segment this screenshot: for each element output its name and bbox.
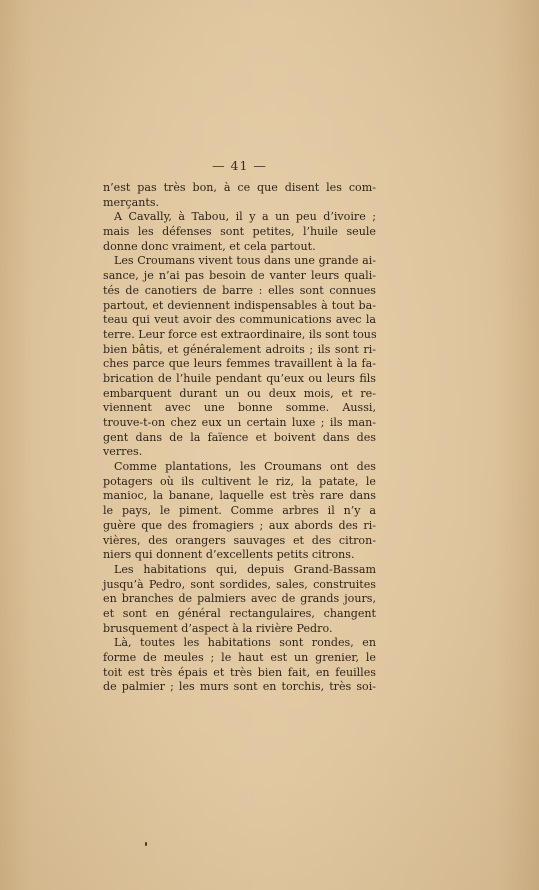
text-line: brusquement d’aspect à la rivière Pedro.: [103, 622, 376, 637]
paragraph-first-line: Les Croumans vivent tous dans une grande…: [103, 254, 376, 269]
page-number: — 41 —: [103, 158, 376, 173]
text-line: et sont en général rectangulaires, chang…: [103, 607, 376, 622]
paragraph-first-line: Là, toutes les habitations sont rondes, …: [103, 636, 376, 651]
text-line: toit est très épais et très bien fait, e…: [103, 666, 376, 681]
text-line: forme de meules ; le haut est un grenier…: [103, 651, 376, 666]
paragraph-first-line: Les habitations qui, depuis Grand-Bassam: [103, 563, 376, 578]
text-line: donne donc vraiment, et cela partout.: [103, 240, 376, 255]
paper-speck: [145, 842, 147, 846]
text-line: trouve-t-on chez eux un certain luxe ; i…: [103, 416, 376, 431]
paragraph-first-line: Comme plantations, les Croumans ont des: [103, 460, 376, 475]
text-line: verres.: [103, 445, 376, 460]
text-line: le pays, le piment. Comme arbres il n’y …: [103, 504, 376, 519]
text-line: teau qui veut avoir des communications a…: [103, 313, 376, 328]
text-line: vières, des orangers sauvages et des cit…: [103, 534, 376, 549]
text-line: brication de l’huile pendant qu’eux ou l…: [103, 372, 376, 387]
text-line: mais les défenses sont petites, l’huile …: [103, 225, 376, 240]
text-line: en branches de palmiers avec de grands j…: [103, 592, 376, 607]
text-line: potagers où ils cultivent le riz, la pat…: [103, 475, 376, 490]
text-line: viennent avec une bonne somme. Aussi,: [103, 401, 376, 416]
text-line: terre. Leur force est extraordinaire, il…: [103, 328, 376, 343]
text-line: jusqu’à Pedro, sont sordides, sales, con…: [103, 578, 376, 593]
text-line: sance, je n’ai pas besoin de vanter leur…: [103, 269, 376, 284]
text-line: gent dans de la faïence et boivent dans …: [103, 431, 376, 446]
text-line: ches parce que leurs femmes travaillent …: [103, 357, 376, 372]
scanned-book-page: — 41 — n’est pas très bon, à ce que dise…: [0, 0, 539, 890]
text-line: n’est pas très bon, à ce que disent les …: [103, 181, 376, 196]
text-line: partout, et deviennent indispensables à …: [103, 299, 376, 314]
text-line: de palmier ; les murs sont en torchis, t…: [103, 680, 376, 695]
paragraph-first-line: A Cavally, à Tabou, il y a un peu d’ivoi…: [103, 210, 376, 225]
text-line: bien bâtis, et généralement adroits ; il…: [103, 343, 376, 358]
text-line: tés de canotiers de barre : elles sont c…: [103, 284, 376, 299]
text-line: manioc, la banane, laquelle est très rar…: [103, 489, 376, 504]
text-line: merçants.: [103, 196, 376, 211]
text-line: embarquent durant un ou deux mois, et re…: [103, 387, 376, 402]
body-text: n’est pas très bon, à ce que disent les …: [103, 181, 376, 695]
text-line: guère que des fromagiers ; aux abords de…: [103, 519, 376, 534]
text-line: niers qui donnent d’excellents petits ci…: [103, 548, 376, 563]
